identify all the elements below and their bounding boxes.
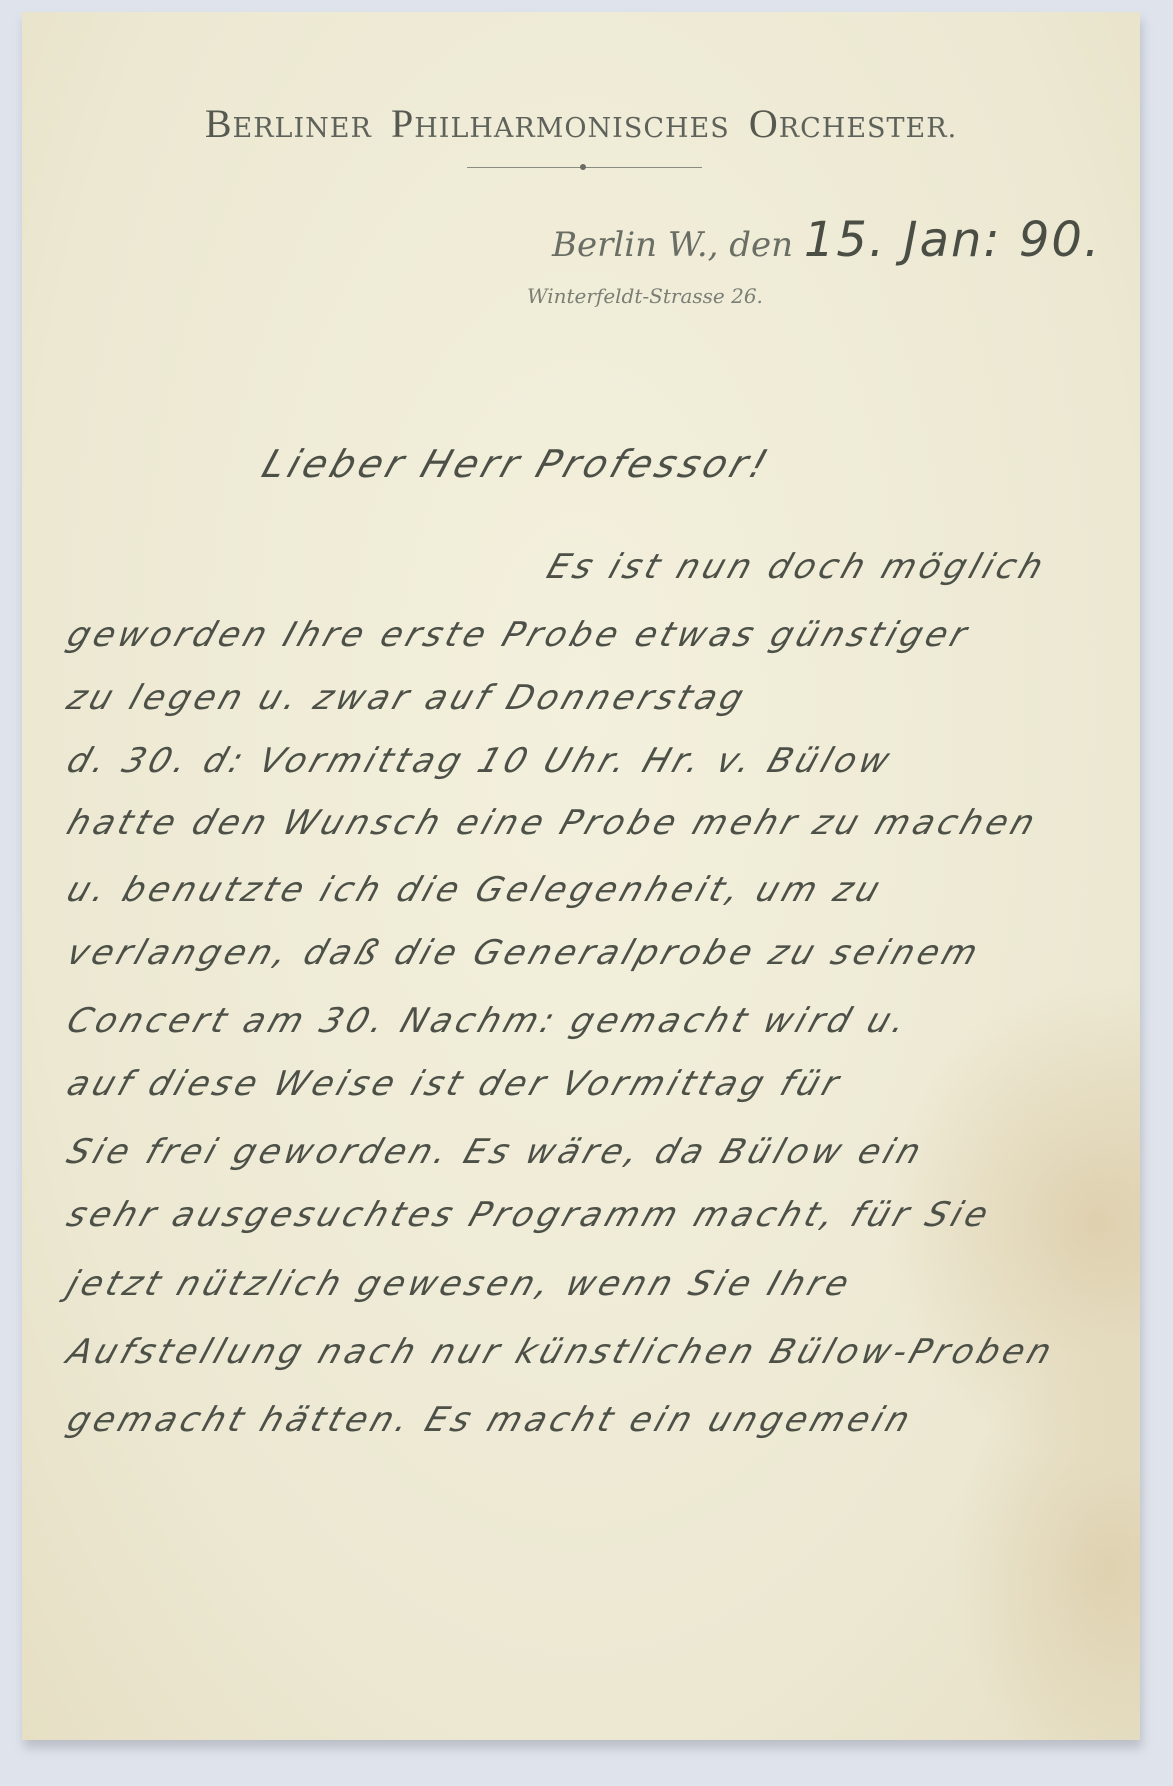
body-line: gemacht hätten. Es macht ein ungemein	[62, 1400, 919, 1440]
body-line: u. benutzte ich die Gelegenheit, um zu	[62, 870, 889, 910]
printed-address: Winterfeldt-Strasse 26.	[527, 284, 763, 308]
letterhead-word: ERLINER	[233, 113, 372, 144]
letterhead-initial: P	[391, 101, 414, 146]
body-line: sehr ausgesuchtes Programm macht, für Si…	[62, 1195, 997, 1235]
letterhead-initial: B	[205, 101, 233, 146]
letterhead-initial: O	[749, 101, 779, 146]
handwritten-date: 15. Jan: 90.	[804, 212, 1101, 268]
body-line: zu legen u. zwar auf Donnerstag	[62, 678, 752, 718]
body-line: verlangen, daß die Generalprobe zu seine…	[62, 933, 986, 973]
body-line: Sie frei geworden. Es wäre, da Bülow ein	[62, 1132, 930, 1172]
body-line: hatte den Wunsch eine Probe mehr zu mach…	[62, 803, 1044, 843]
letter-paper: BERLINER PHILHARMONISCHES ORCHESTER. Ber…	[22, 12, 1140, 1740]
letterhead-word: HILHARMONISCHES	[414, 113, 730, 144]
printed-place: Berlin W., den	[552, 225, 793, 265]
body-line: jetzt nützlich gewesen, wenn Sie Ihre	[62, 1264, 858, 1304]
body-line: d. 30. d: Vormittag 10 Uhr. Hr. v. Bülow	[62, 741, 898, 781]
body-line: auf diese Weise ist der Vormittag für	[62, 1064, 848, 1104]
body-line: Es ist nun doch möglich	[542, 547, 1052, 587]
salutation: Lieber Herr Professor!	[257, 442, 777, 486]
place-date-line: Berlin W., den 15. Jan: 90.	[552, 212, 1101, 268]
letterhead: BERLINER PHILHARMONISCHES ORCHESTER.	[22, 100, 1140, 147]
body-line: Aufstellung nach nur künstlichen Bülow-P…	[62, 1332, 1060, 1372]
body-line: geworden Ihre erste Probe etwas günstige…	[62, 615, 976, 655]
body-line: Concert am 30. Nachm: gemacht wird u.	[62, 1001, 915, 1041]
letterhead-word: RCHESTER.	[779, 113, 957, 144]
ornamental-divider	[467, 167, 702, 168]
